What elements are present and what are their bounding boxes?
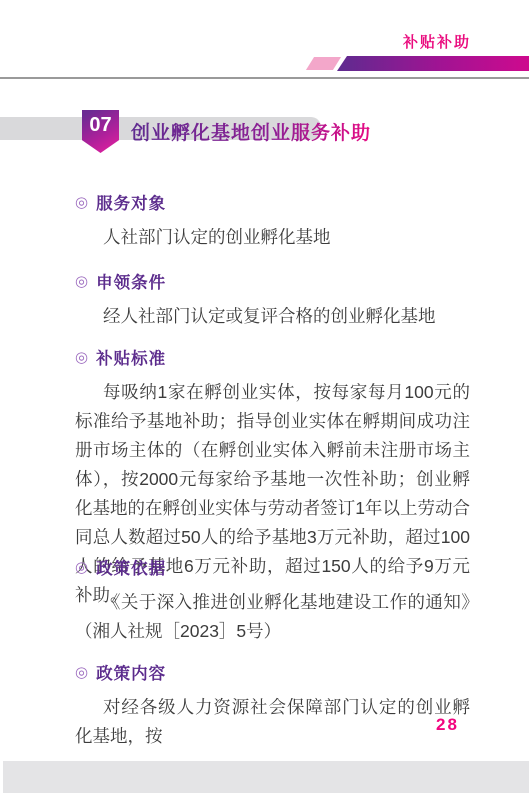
header-divider-line	[0, 77, 529, 79]
document-page: 补贴补助 07 创业孵化基地创业服务补助 ◎ 服务对象 人社部门认定的创业孵化基…	[0, 0, 529, 793]
gradient-bar-decoration	[337, 56, 529, 71]
section-application-conditions: ◎ 申领条件 经人社部门认定或复评合格的创业孵化基地	[75, 269, 470, 331]
section-heading-row: ◎ 政策依据	[75, 555, 470, 579]
section-heading-row: ◎ 补贴标准	[75, 345, 470, 369]
footer-band-decoration	[3, 761, 529, 793]
section-heading: 申领条件	[96, 269, 166, 293]
pink-parallelogram-decoration	[306, 57, 341, 70]
ring-bullet-icon: ◎	[75, 274, 88, 289]
section-heading-row: ◎ 政策内容	[75, 660, 470, 684]
section-body: 《关于深入推进创业孵化基地建设工作的通知》（湘人社规［2023］5号）	[75, 588, 470, 646]
ring-bullet-icon: ◎	[75, 350, 88, 365]
section-service-target: ◎ 服务对象 人社部门认定的创业孵化基地	[75, 190, 470, 252]
ring-bullet-icon: ◎	[75, 195, 88, 210]
chapter-title: 创业孵化基地创业服务补助	[131, 118, 371, 145]
section-body: 人社部门认定的创业孵化基地	[75, 223, 470, 252]
ring-bullet-icon: ◎	[75, 665, 88, 680]
section-heading: 服务对象	[96, 190, 166, 214]
page-number: 28	[436, 715, 459, 735]
section-heading-row: ◎ 服务对象	[75, 190, 470, 214]
page-header-label: 补贴补助	[403, 31, 471, 52]
section-heading: 政策内容	[96, 660, 166, 684]
chapter-number-badge: 07	[82, 110, 119, 153]
section-policy-content: ◎ 政策内容 对经各级人力资源社会保障部门认定的创业孵化基地，按	[75, 660, 470, 751]
section-heading: 政策依据	[96, 555, 166, 579]
section-body: 对经各级人力资源社会保障部门认定的创业孵化基地，按	[75, 693, 470, 751]
section-heading: 补贴标准	[96, 345, 166, 369]
section-body: 经人社部门认定或复评合格的创业孵化基地	[75, 302, 470, 331]
section-heading-row: ◎ 申领条件	[75, 269, 470, 293]
ring-bullet-icon: ◎	[75, 560, 88, 575]
section-policy-basis: ◎ 政策依据 《关于深入推进创业孵化基地建设工作的通知》（湘人社规［2023］5…	[75, 555, 470, 646]
